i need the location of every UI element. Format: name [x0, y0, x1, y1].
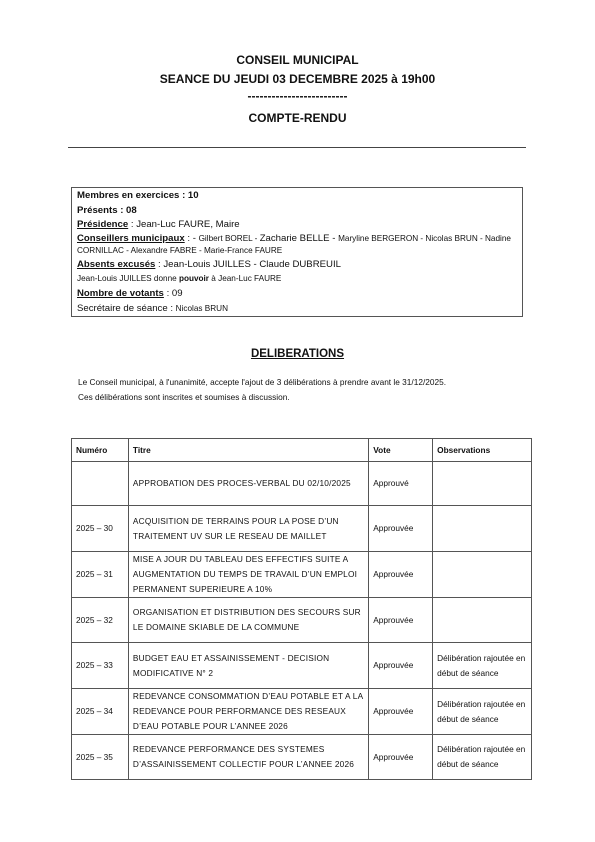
cell-observations	[433, 552, 532, 598]
presidence: Présidence : Jean-Luc FAURE, Maire	[77, 218, 522, 233]
column-header-vote: Vote	[369, 439, 433, 462]
votants: Nombre de votants : 09	[77, 287, 522, 302]
table-row: 2025 – 34REDEVANCE CONSOMMATION D’EAU PO…	[72, 689, 532, 735]
cell-observations: Délibération rajoutée en début de séance	[433, 735, 532, 780]
pouvoir: Jean-Louis JUILLES donne pouvoir à Jean-…	[77, 272, 522, 287]
presidence-label: Présidence	[77, 219, 128, 230]
council-title: CONSEIL MUNICIPAL	[0, 53, 595, 67]
absents-value: : Jean-Louis JUILLES - Claude DUBREUIL	[155, 259, 341, 270]
table-row: 2025 – 33BUDGET EAU ET ASSAINISSEMENT - …	[72, 643, 532, 689]
absents: Absents excusés : Jean-Louis JUILLES - C…	[77, 258, 522, 273]
attendance-box: Membres en exercices : 10 Présents : 08 …	[71, 187, 523, 317]
table-row: APPROBATION DES PROCES-VERBAL DU 02/10/2…	[72, 462, 532, 506]
deliberations-heading: DELIBERATIONS	[0, 348, 595, 360]
table-row: 2025 – 31MISE A JOUR DU TABLEAU DES EFFE…	[72, 552, 532, 598]
cell-numero: 2025 – 31	[72, 552, 129, 598]
cell-observations	[433, 598, 532, 643]
secretaire: Secrétaire de séance : Nicolas BRUN	[77, 302, 522, 317]
cell-titre: REDEVANCE PERFORMANCE DES SYSTEMES D’ASS…	[128, 735, 368, 780]
cell-vote: Approuvée	[369, 735, 433, 780]
table-row: 2025 – 30ACQUISITION DE TERRAINS POUR LA…	[72, 506, 532, 552]
conseillers-part2: Zacharie BELLE -	[260, 233, 338, 244]
conseillers: Conseillers municipaux : - Gilbert BOREL…	[77, 233, 522, 258]
column-header-titre: Titre	[128, 439, 368, 462]
cell-numero: 2025 – 30	[72, 506, 129, 552]
cell-numero: 2025 – 33	[72, 643, 129, 689]
presidence-value: : Jean-Luc FAURE, Maire	[128, 219, 239, 230]
cell-vote: Approuvée	[369, 506, 433, 552]
secretaire-value: Nicolas BRUN	[176, 304, 228, 313]
cell-observations: Délibération rajoutée en début de séance	[433, 689, 532, 735]
deliberations-intro: Le Conseil municipal, à l'unanimité, acc…	[78, 375, 538, 404]
cell-vote: Approuvé	[369, 462, 433, 506]
table-row: 2025 – 35REDEVANCE PERFORMANCE DES SYSTE…	[72, 735, 532, 780]
conseillers-sep: : -	[185, 233, 199, 244]
cell-titre: ACQUISITION DE TERRAINS POUR LA POSE D’U…	[128, 506, 368, 552]
table-header-row: Numéro Titre Vote Observations	[72, 439, 532, 462]
pouvoir-suffix: à Jean-Luc FAURE	[209, 274, 281, 283]
table-row: 2025 – 32ORGANISATION ET DISTRIBUTION DE…	[72, 598, 532, 643]
session-date: SEANCE DU JEUDI 03 DECEMBRE 2025 à 19h00	[0, 72, 595, 86]
members-count: Membres en exercices : 10	[77, 189, 522, 204]
intro-line-2: Ces délibérations sont inscrites et soum…	[78, 390, 538, 405]
absents-label: Absents excusés	[77, 259, 155, 270]
votants-label: Nombre de votants	[77, 288, 164, 299]
cell-titre: MISE A JOUR DU TABLEAU DES EFFECTIFS SUI…	[128, 552, 368, 598]
cell-vote: Approuvée	[369, 552, 433, 598]
deliberations-table: Numéro Titre Vote Observations APPROBATI…	[71, 438, 532, 780]
cell-titre: ORGANISATION ET DISTRIBUTION DES SECOURS…	[128, 598, 368, 643]
cell-numero: 2025 – 32	[72, 598, 129, 643]
horizontal-rule	[68, 147, 526, 148]
cell-numero: 2025 – 34	[72, 689, 129, 735]
cell-numero: 2025 – 35	[72, 735, 129, 780]
cell-numero	[72, 462, 129, 506]
header-separator: -------------------------	[0, 89, 595, 103]
pouvoir-prefix: Jean-Louis JUILLES donne	[77, 274, 179, 283]
intro-line-1: Le Conseil municipal, à l'unanimité, acc…	[78, 375, 538, 390]
conseillers-label: Conseillers municipaux	[77, 233, 185, 244]
votants-value: : 09	[164, 288, 183, 299]
pouvoir-word: pouvoir	[179, 274, 209, 283]
cell-vote: Approuvée	[369, 689, 433, 735]
cell-observations	[433, 462, 532, 506]
cell-vote: Approuvée	[369, 643, 433, 689]
cell-observations: Délibération rajoutée en début de séance	[433, 643, 532, 689]
column-header-numero: Numéro	[72, 439, 129, 462]
cell-titre: REDEVANCE CONSOMMATION D’EAU POTABLE ET …	[128, 689, 368, 735]
cell-titre: APPROBATION DES PROCES-VERBAL DU 02/10/2…	[128, 462, 368, 506]
document-type: COMPTE-RENDU	[0, 111, 595, 125]
column-header-observations: Observations	[433, 439, 532, 462]
cell-titre: BUDGET EAU ET ASSAINISSEMENT - DECISION …	[128, 643, 368, 689]
cell-vote: Approuvée	[369, 598, 433, 643]
present-count: Présents : 08	[77, 204, 522, 219]
cell-observations	[433, 506, 532, 552]
secretaire-label: Secrétaire de séance :	[77, 303, 176, 314]
conseillers-part1: Gilbert BOREL -	[199, 234, 260, 243]
